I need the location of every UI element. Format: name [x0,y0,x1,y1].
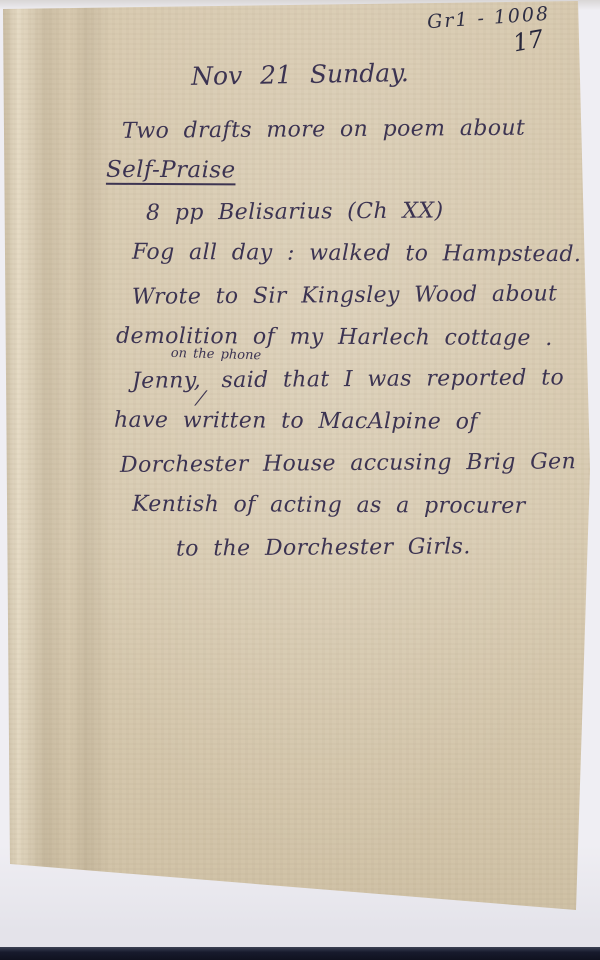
manuscript-line: Dorchester House accusing Brig Gen [120,448,588,479]
manuscript-line: Wrote to Sir Kingsley Wood about [132,280,588,311]
manuscript-line: Fog all day : walked to Hampstead. [132,239,588,268]
manuscript-line: 8 pp Belisarius (Ch XX) [146,196,588,226]
manuscript-line: have written to MacAlpine of [114,407,588,436]
diary-entry: Two drafts more on poem aboutSelf-Praise… [118,116,588,576]
interlinear-insertion-text: on the phone [171,340,262,369]
date-heading: Nov 21 Sunday. [150,57,450,91]
manuscript-line: Two drafts more on poem about [122,114,588,145]
scan-edge-strip [0,947,600,960]
manuscript-line: Jenny,on the phone said that I was repor… [132,364,588,395]
manuscript-line: Self-Praise [106,157,588,187]
line-text: said that I was reported to [207,365,564,393]
manuscript-line: Kentish of acting as a procurer [132,491,588,520]
page-number: 17 [511,25,546,58]
line-text: Jenny, [132,368,201,394]
manuscript-line: to the Dorchester Girls. [176,532,588,562]
manuscript-page: Gr1 - 1008 17 Nov 21 Sunday. Two drafts … [0,0,600,960]
